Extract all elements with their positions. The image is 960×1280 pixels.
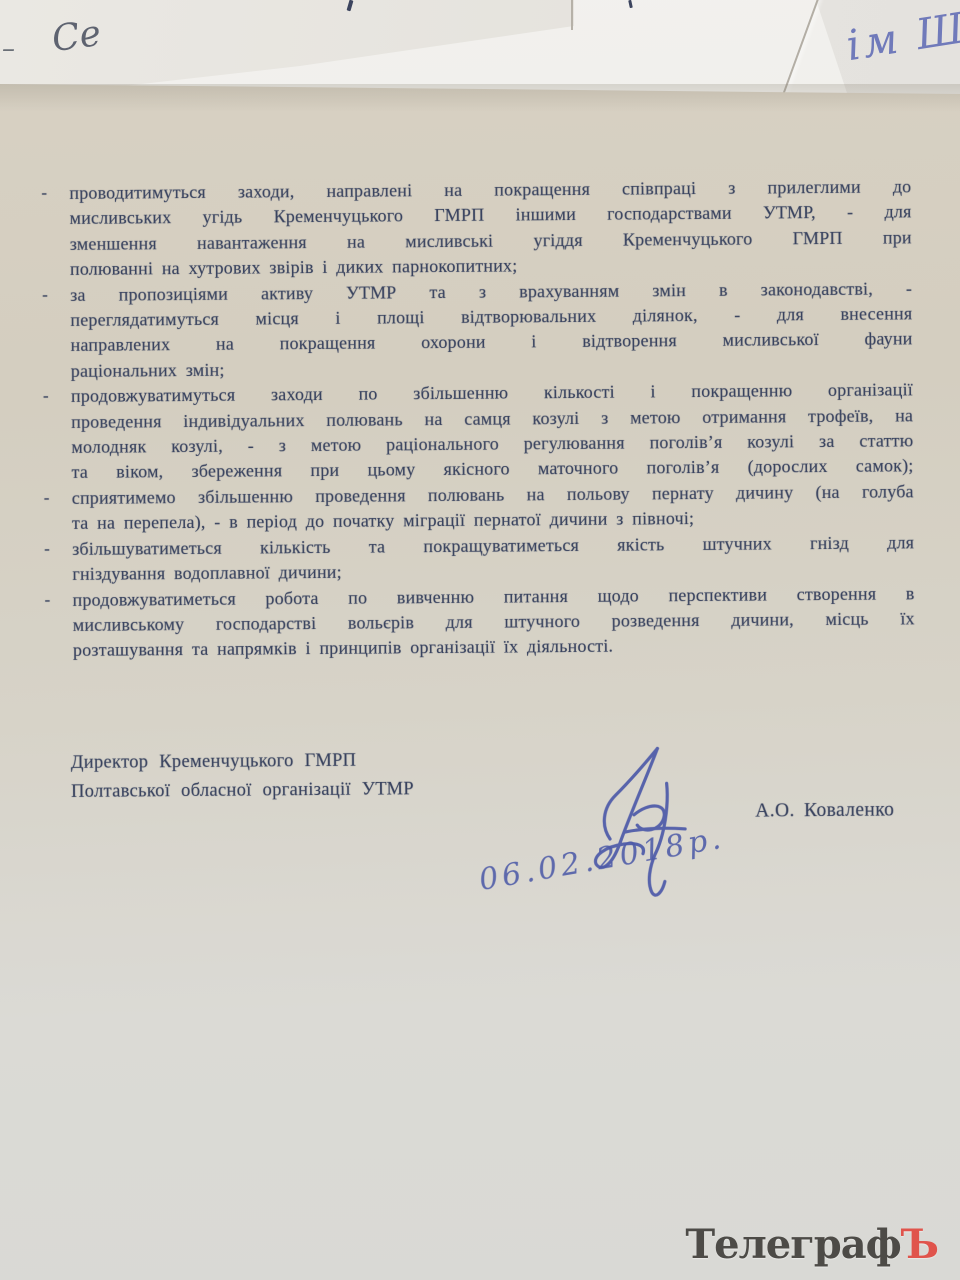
- watermark-text: Телеграф: [685, 1221, 900, 1268]
- bullet-item: - продовжуватимуться заходи по збільшенн…: [40, 378, 914, 486]
- bullet-marker: -: [41, 536, 72, 587]
- director-title-line-1: Директор Кременчуцького ГМРП: [71, 751, 357, 774]
- bullet-marker: -: [38, 180, 70, 282]
- bullet-marker: -: [40, 383, 72, 485]
- bullet-marker: -: [41, 485, 72, 536]
- signatory-name: А.О. Коваленко: [755, 799, 894, 822]
- bullet-item: - проводитимуться заходи, направлені на …: [38, 174, 912, 282]
- director-title-line-2: Полтавської обласної організації УТМР: [71, 779, 414, 803]
- bullet-item: - збільшуватиметься кількість та покращу…: [41, 530, 914, 588]
- bullet-item: - продовжуватиметься робота по вивченню …: [41, 581, 915, 664]
- bullet-line: розташування та напрямків і принципів ор…: [73, 632, 915, 664]
- director-signature-ink: [575, 737, 708, 911]
- watermark-accent-letter: Ъ: [901, 1221, 938, 1268]
- bullet-marker: -: [39, 282, 71, 384]
- bullet-list: - проводитимуться заходи, направлені на …: [38, 174, 915, 664]
- document-content: - проводитимуться заходи, направлені на …: [0, 0, 960, 1280]
- bullet-item: - за пропозиціями активу УТМР та з враху…: [39, 276, 913, 384]
- bullet-marker: -: [41, 586, 73, 662]
- document-photo: – Се ім Ш - проводитимуться заходи, напр…: [0, 0, 960, 1280]
- telegraf-watermark: ТелеграфЪ: [685, 1221, 938, 1268]
- bullet-item: - сприятимемо збільшенню проведення полю…: [41, 479, 914, 537]
